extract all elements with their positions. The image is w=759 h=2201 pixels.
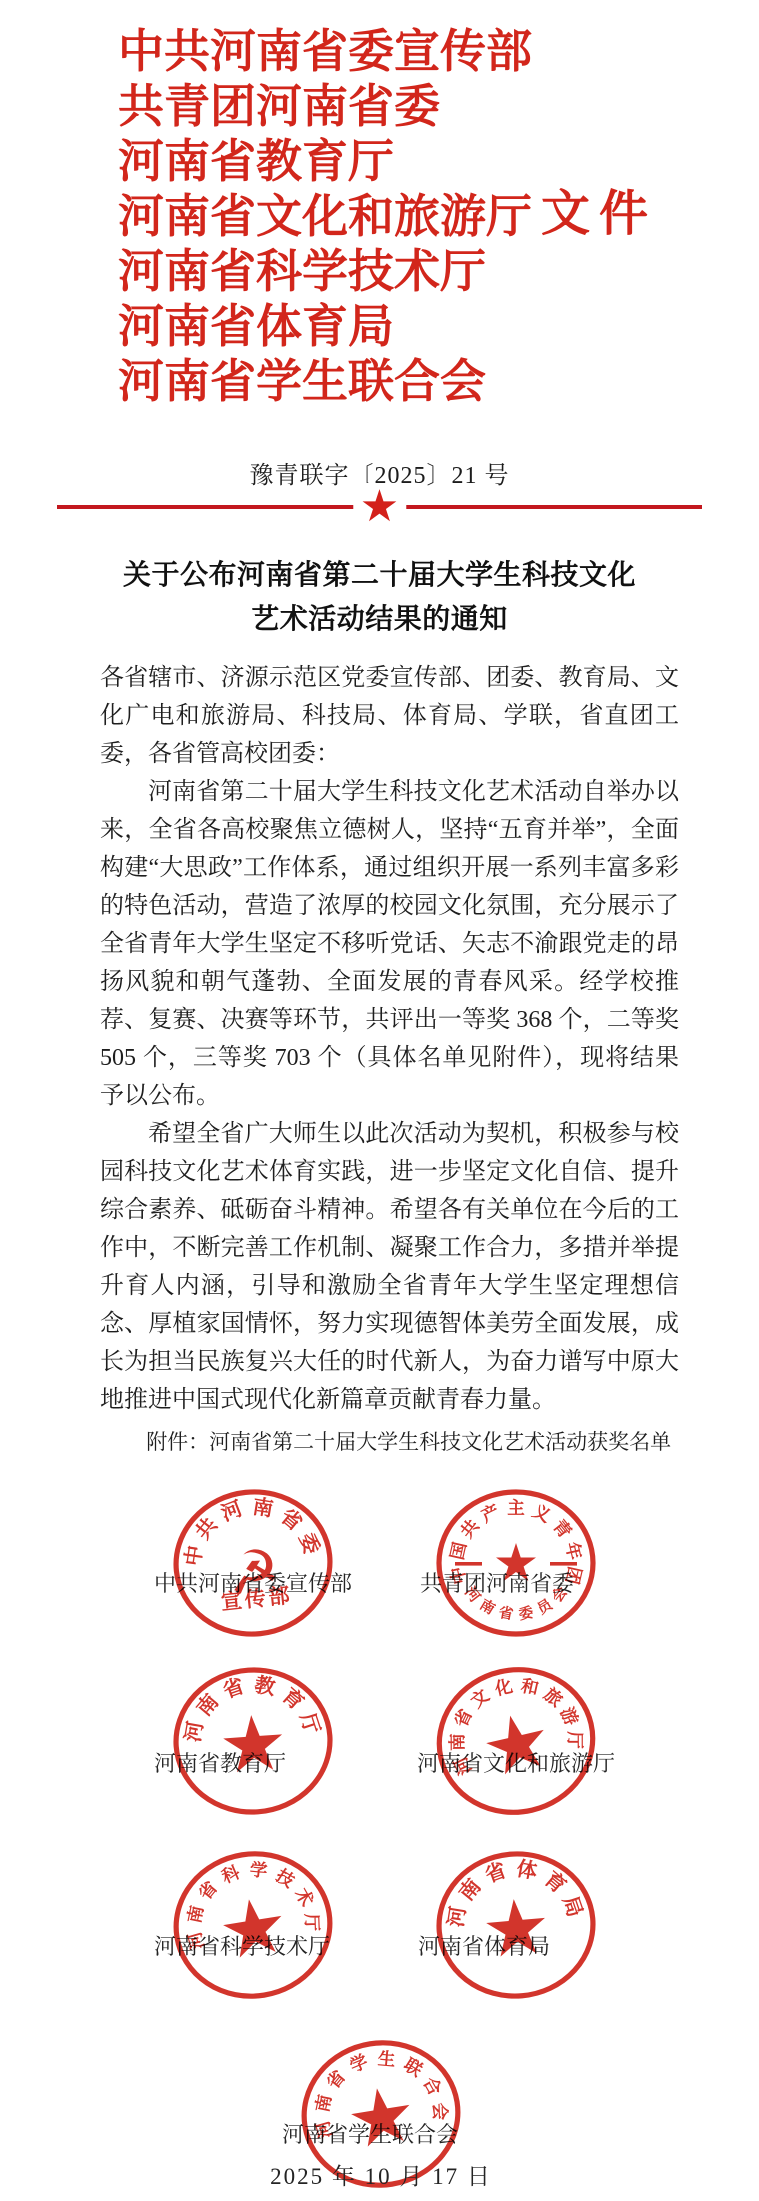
issue-date: 2025 年 10 月 17 日	[0, 2158, 759, 2191]
seal-arc-char: 会	[548, 1583, 571, 1606]
seal-arc-char: 中	[180, 1544, 207, 1568]
document-title-line1: 关于公布河南省第二十届大学生科技文化	[0, 554, 759, 598]
seal-arc-char: 厅	[302, 1912, 323, 1932]
document-title: 关于公布河南省第二十届大学生科技文化 艺术活动结果的通知	[0, 554, 759, 642]
seal-arc-char: 省	[323, 2066, 350, 2093]
seal-arc-char: 科	[219, 1862, 243, 1887]
seal-arc-char: 共	[457, 1515, 484, 1542]
official-seal-henan-sports-bureau: 河南省体育局	[431, 1846, 601, 2004]
salutation-paragraph: 各省辖市、济源示范区党委宣传部、团委、教育局、文化广电和旅游局、科技局、体育局、…	[100, 659, 679, 773]
agency-name-6: 河南省体育局	[118, 299, 528, 354]
document-page: 中共河南省委宣传部共青团河南省委河南省教育厅河南省文化和旅游厅河南省科学技术厅河…	[0, 0, 759, 2201]
seal-arc-char: 团	[562, 1565, 585, 1587]
seal-arc-char: 青	[549, 1516, 576, 1543]
seal-arc-char: 委	[517, 1603, 535, 1623]
document-title-line2: 艺术活动结果的通知	[0, 598, 759, 642]
seal-arc-char: 河	[312, 2118, 336, 2141]
star-icon	[481, 1709, 551, 1777]
seal-arc-char: 南	[312, 2092, 335, 2114]
document-body: 各省辖市、济源示范区党委宣传部、团委、教育局、文化广电和旅游局、科技局、体育局、…	[100, 659, 679, 1419]
official-seal-youth-league-henan-committee: 中国共产主义青年团河南省委员会	[431, 1484, 601, 1642]
seal-arc-char: 学	[347, 2051, 371, 2076]
official-seal-cpc-henan-propaganda-dept: 中共河南省委☭宣传部	[168, 1484, 338, 1642]
seal-arc-char: 河	[444, 1904, 470, 1928]
star-icon	[496, 1543, 536, 1581]
seal-arc-char: 教	[253, 1672, 278, 1700]
seal-arc-char: 体	[515, 1856, 540, 1883]
official-seal-henan-education-dept: 河南省教育厅	[168, 1662, 338, 1820]
seal-arc-char: 化	[492, 1676, 515, 1700]
body-paragraph-2: 希望全省广大师生以此次活动为契机，积极参与校园科技文化艺术体育实践，进一步坚定文…	[100, 1115, 679, 1419]
seal-arc-char: 河	[218, 1497, 246, 1526]
seal-arc-char: 术	[291, 1884, 318, 1910]
seal-arc-char: 局	[558, 1893, 586, 1920]
seal-arc-char: 中	[447, 1565, 470, 1587]
seal-arc-char: 会	[430, 2102, 451, 2121]
attachment-line: 附件：河南省第二十届大学生科技文化艺术活动获奖名单	[100, 1427, 700, 1457]
seal-arc-char: 生	[377, 2048, 397, 2069]
seal-arc-char: 厅	[295, 1709, 324, 1737]
seal-arc-char: 产	[478, 1500, 503, 1526]
star-icon	[348, 2084, 415, 2149]
seal-arc-char: 旅	[540, 1684, 567, 1711]
seal-arc-char: 省	[195, 1877, 222, 1904]
star-icon	[220, 1895, 287, 1960]
seal-arc-char: 技	[272, 1865, 299, 1892]
seal-arc-char: 河	[184, 1929, 208, 1952]
seal-arc-char: 主	[507, 1498, 525, 1518]
seal-arc-char: 厅	[565, 1730, 585, 1749]
doc-type-label: 文件	[541, 188, 651, 240]
seal-arc-char: 省	[497, 1604, 515, 1623]
star-icon: ★	[353, 483, 406, 531]
seal-arc-char: 河	[450, 1753, 476, 1778]
seal-arc-char: 和	[519, 1675, 540, 1698]
red-divider-rule: ★	[57, 483, 702, 531]
seal-arc-char: 南	[447, 1733, 467, 1751]
seal-arc-char: 南	[477, 1595, 499, 1618]
body-paragraph-1: 河南省第二十届大学生科技文化艺术活动自举办以来，全省各高校聚焦立德树人，坚持“五…	[100, 773, 679, 1115]
seal-arc-char: 河	[181, 1719, 207, 1744]
agency-name-7: 河南省学生联合会	[118, 354, 528, 409]
seal-arc-char: 合	[419, 2074, 445, 2100]
seal-arc-char: 国	[447, 1540, 470, 1561]
star-icon	[222, 1713, 285, 1773]
seal-arc-char: 学	[249, 1859, 269, 1880]
star-icon	[484, 1897, 548, 1958]
seal-arc-char: 南	[251, 1495, 275, 1521]
seal-arc-char: 省	[450, 1705, 476, 1730]
agency-name-1: 中共河南省委宣传部	[118, 24, 528, 79]
seal-arc-char: 南	[184, 1903, 207, 1925]
seal-arc-char: 游	[557, 1704, 583, 1729]
letterhead: 中共河南省委宣传部共青团河南省委河南省教育厅河南省文化和旅游厅河南省科学技术厅河…	[118, 24, 528, 409]
seal-arc-char: 委	[295, 1530, 324, 1558]
seal-arc-char: 联	[400, 2054, 426, 2081]
seal-arc-char: 义	[529, 1501, 554, 1527]
seal-arc-char: 文	[467, 1685, 494, 1712]
official-seal-henan-culture-tourism-dept: 河南省文化和旅游厅	[431, 1662, 601, 1820]
seal-arc-char: 年	[562, 1540, 585, 1562]
agency-name-4: 河南省文化和旅游厅	[118, 189, 528, 244]
agency-name-2: 共青团河南省委	[118, 79, 528, 134]
official-seal-henan-science-tech-dept: 河南省科学技术厅	[168, 1846, 338, 2004]
agency-name-5: 河南省科学技术厅	[118, 244, 528, 299]
agency-name-3: 河南省教育厅	[118, 134, 528, 189]
